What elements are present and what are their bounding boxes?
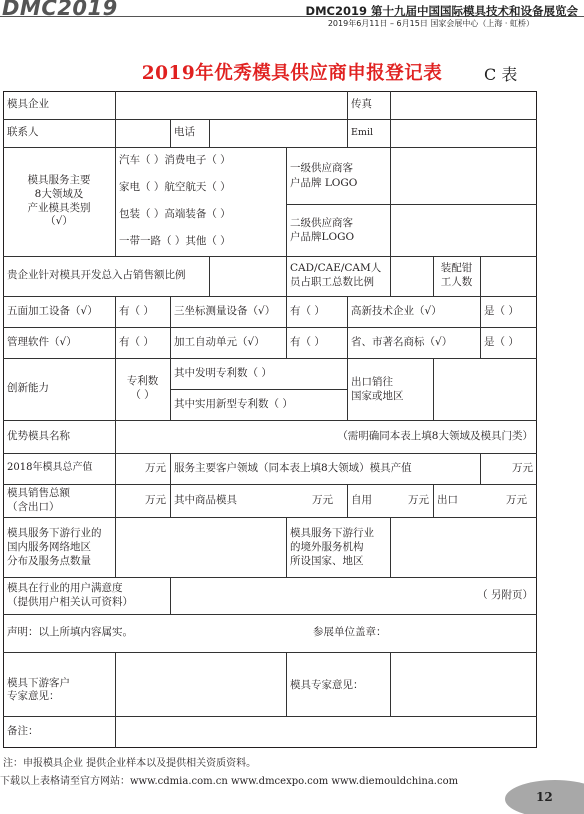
event-subtitle: 2019年6月11日 – 6月15日 国家会展中心（上海 · 虹桥） [328, 18, 534, 29]
patent-count-value[interactable]: （ ） [130, 389, 154, 403]
product-name-input[interactable]: （需明确同本表上填8大领域及模具门类） [115, 420, 537, 453]
tier1-logo-label-line: 一级供应商客 [290, 161, 353, 175]
invention-patent-field[interactable]: 其中发明专利数（ ） [170, 358, 347, 389]
cmm-checkbox[interactable]: 有（ ） [286, 296, 347, 327]
commercial-mold-input[interactable]: 万元 [260, 484, 347, 517]
cmm-label: 三坐标测量设备（√） [170, 296, 286, 327]
tier1-logo-input[interactable] [390, 147, 537, 204]
contact-label: 联系人 [3, 119, 115, 147]
export-country-label: 出口销往 国家或地区 [347, 358, 433, 420]
auto-cell-checkbox[interactable]: 有（ ） [286, 327, 347, 358]
export-country-label-line: 出口销往 [351, 375, 393, 389]
sales-total-label: 模具销售总额 （含出口） [3, 484, 115, 517]
overseas-network-label: 模具服务下游行业 的境外服务机构 所设国家、地区 [286, 517, 390, 577]
category-label: 模具服务主要 8大领域及 产业模具类别 （√） [3, 147, 115, 256]
remarks-input[interactable] [115, 716, 537, 748]
patent-count-label: 专利数 [127, 375, 159, 389]
satisfaction-label-line: （提供用户相关认可资料） [7, 596, 133, 609]
declaration-text: 声明：以上所填内容属实。 [3, 614, 303, 652]
hightech-label: 高新技术企业（√） [347, 296, 480, 327]
footer-download-links[interactable]: 下载以上表格请至官方网站：www.cdmia.com.cn www.dmcexp… [0, 772, 458, 787]
fax-label: 传真 [347, 91, 390, 119]
domestic-network-label-line: 分布及服务点数量 [7, 554, 91, 568]
company-label: 模具企业 [3, 91, 115, 119]
trademark-checkbox[interactable]: 是（ ） [480, 327, 537, 358]
total-output-label: 2018年模具总产值 [3, 453, 115, 484]
customer-opinion-label-line: 专家意见： [7, 690, 60, 704]
cad-ratio-label-line: 员占职工总数比例 [290, 276, 374, 290]
tier2-logo-label: 二级供应商客 户品牌LOGO [286, 204, 390, 256]
overseas-network-label-line: 的境外服务机构 [290, 540, 364, 554]
tier1-logo-label: 一级供应商客 户品牌 LOGO [286, 147, 390, 204]
software-checkbox[interactable]: 有（ ） [115, 327, 170, 358]
self-use-input[interactable]: 万元 [387, 484, 433, 517]
innovation-label: 创新能力 [3, 358, 115, 420]
export-input[interactable]: 万元 [473, 484, 537, 517]
category-option-packaging-equipment[interactable]: 包装（ ）高端装备（ ） [115, 201, 286, 228]
software-label: 管理软件（√） [3, 327, 115, 358]
category-label-line: 产业模具类别 [28, 202, 91, 216]
fitter-count-label: 装配钳 工人数 [433, 256, 480, 296]
customer-opinion-input[interactable] [115, 652, 286, 716]
client-output-label: 服务主要客户领域（同本表上填8大领域）模具产值 [170, 453, 480, 484]
overseas-network-label-line: 模具服务下游行业 [290, 526, 374, 540]
tier1-logo-label-line: 户品牌 LOGO [290, 176, 357, 190]
event-title: DMC2019 第十九届中国国际模具技术和设备展览会 [306, 3, 578, 19]
patent-count-field[interactable]: 专利数 （ ） [115, 358, 170, 420]
footer-note: 注：申报模具企业 提供企业样本以及提供相关资质资料。 [3, 754, 256, 769]
category-option-appliance-aerospace[interactable]: 家电（ ）航空航天（ ） [115, 174, 286, 201]
fitter-count-label-line: 工人数 [441, 276, 473, 290]
satisfaction-input[interactable]: （ 另附页） [170, 577, 537, 614]
domestic-network-label-line: 模具服务下游行业的 [7, 526, 102, 540]
rd-ratio-input[interactable] [209, 256, 286, 296]
hightech-checkbox[interactable]: 是（ ） [480, 296, 537, 327]
domestic-network-input[interactable] [115, 517, 286, 577]
cad-ratio-label: CAD/CAE/CAM人 员占职工总数比例 [286, 256, 390, 296]
export-country-input[interactable] [433, 358, 537, 420]
category-label-line: 模具服务主要 [28, 174, 91, 188]
sales-total-label-line: 模具销售总额 [7, 487, 70, 500]
domestic-network-label-line: 国内服务网络地区 [7, 540, 91, 554]
email-input[interactable] [390, 119, 537, 147]
auto-cell-label: 加工自动单元（√） [170, 327, 286, 358]
email-label: Emil [347, 119, 390, 147]
commercial-mold-label: 其中商品模具 [170, 484, 260, 517]
satisfaction-label: 模具在行业的用户满意度 （提供用户相关认可资料） [3, 577, 170, 614]
five-axis-checkbox[interactable]: 有（ ） [115, 296, 170, 327]
export-label: 出口 [433, 484, 473, 517]
domestic-network-label: 模具服务下游行业的 国内服务网络地区 分布及服务点数量 [3, 517, 115, 577]
category-label-line: 8大领域及 [35, 188, 84, 202]
cad-ratio-input[interactable] [390, 256, 433, 296]
satisfaction-label-line: 模具在行业的用户满意度 [7, 582, 123, 595]
category-option-beltroad-other[interactable]: 一带一路（ ）其他（ ） [115, 228, 286, 256]
form-code: C 表 [484, 62, 517, 85]
customer-opinion-label: 模具下游客户 专家意见： [3, 652, 115, 716]
expert-opinion-input[interactable] [390, 652, 537, 716]
overseas-network-input[interactable] [390, 517, 537, 577]
tier2-logo-input[interactable] [390, 204, 537, 256]
rd-ratio-label: 贵企业针对模具开发总入占销售额比例 [3, 256, 209, 296]
self-use-label: 自用 [347, 484, 387, 517]
product-name-label: 优势模具名称 [3, 420, 115, 453]
category-label-line: （√） [45, 215, 73, 229]
total-output-input[interactable]: 万元 [115, 453, 170, 484]
contact-input[interactable] [115, 119, 170, 147]
fax-input[interactable] [390, 91, 537, 119]
overseas-network-label-line: 所设国家、地区 [290, 554, 364, 568]
seal-field[interactable]: 参展单位盖章： [309, 614, 537, 652]
utility-patent-field[interactable]: 其中实用新型专利数（ ） [170, 389, 347, 420]
category-option-auto-consumer[interactable]: 汽车（ ）消费电子（ ） [115, 147, 286, 174]
remarks-label: 备注： [3, 716, 115, 748]
fitter-count-input[interactable] [480, 256, 537, 296]
company-input[interactable] [115, 91, 347, 119]
fitter-count-label-line: 装配钳 [441, 262, 473, 276]
expert-opinion-label: 模具专家意见： [286, 652, 390, 716]
client-output-input[interactable]: 万元 [480, 453, 537, 484]
page-number: 12 [536, 790, 553, 804]
export-country-label-line: 国家或地区 [351, 389, 404, 403]
dmc-logo: DMC2019 [2, 0, 118, 20]
sales-total-label-line: （含出口） [7, 501, 60, 514]
customer-opinion-label-line: 模具下游客户 [7, 677, 70, 691]
phone-label: 电话 [170, 119, 209, 147]
cad-ratio-label-line: CAD/CAE/CAM人 [290, 262, 381, 276]
tier2-logo-label-line: 二级供应商客 [290, 216, 353, 230]
phone-input[interactable] [209, 119, 347, 147]
tier2-logo-label-line: 户品牌LOGO [290, 230, 354, 244]
trademark-label: 省、市著名商标（√） [347, 327, 480, 358]
five-axis-label: 五面加工设备（√） [3, 296, 115, 327]
sales-total-input[interactable]: 万元 [115, 484, 170, 517]
